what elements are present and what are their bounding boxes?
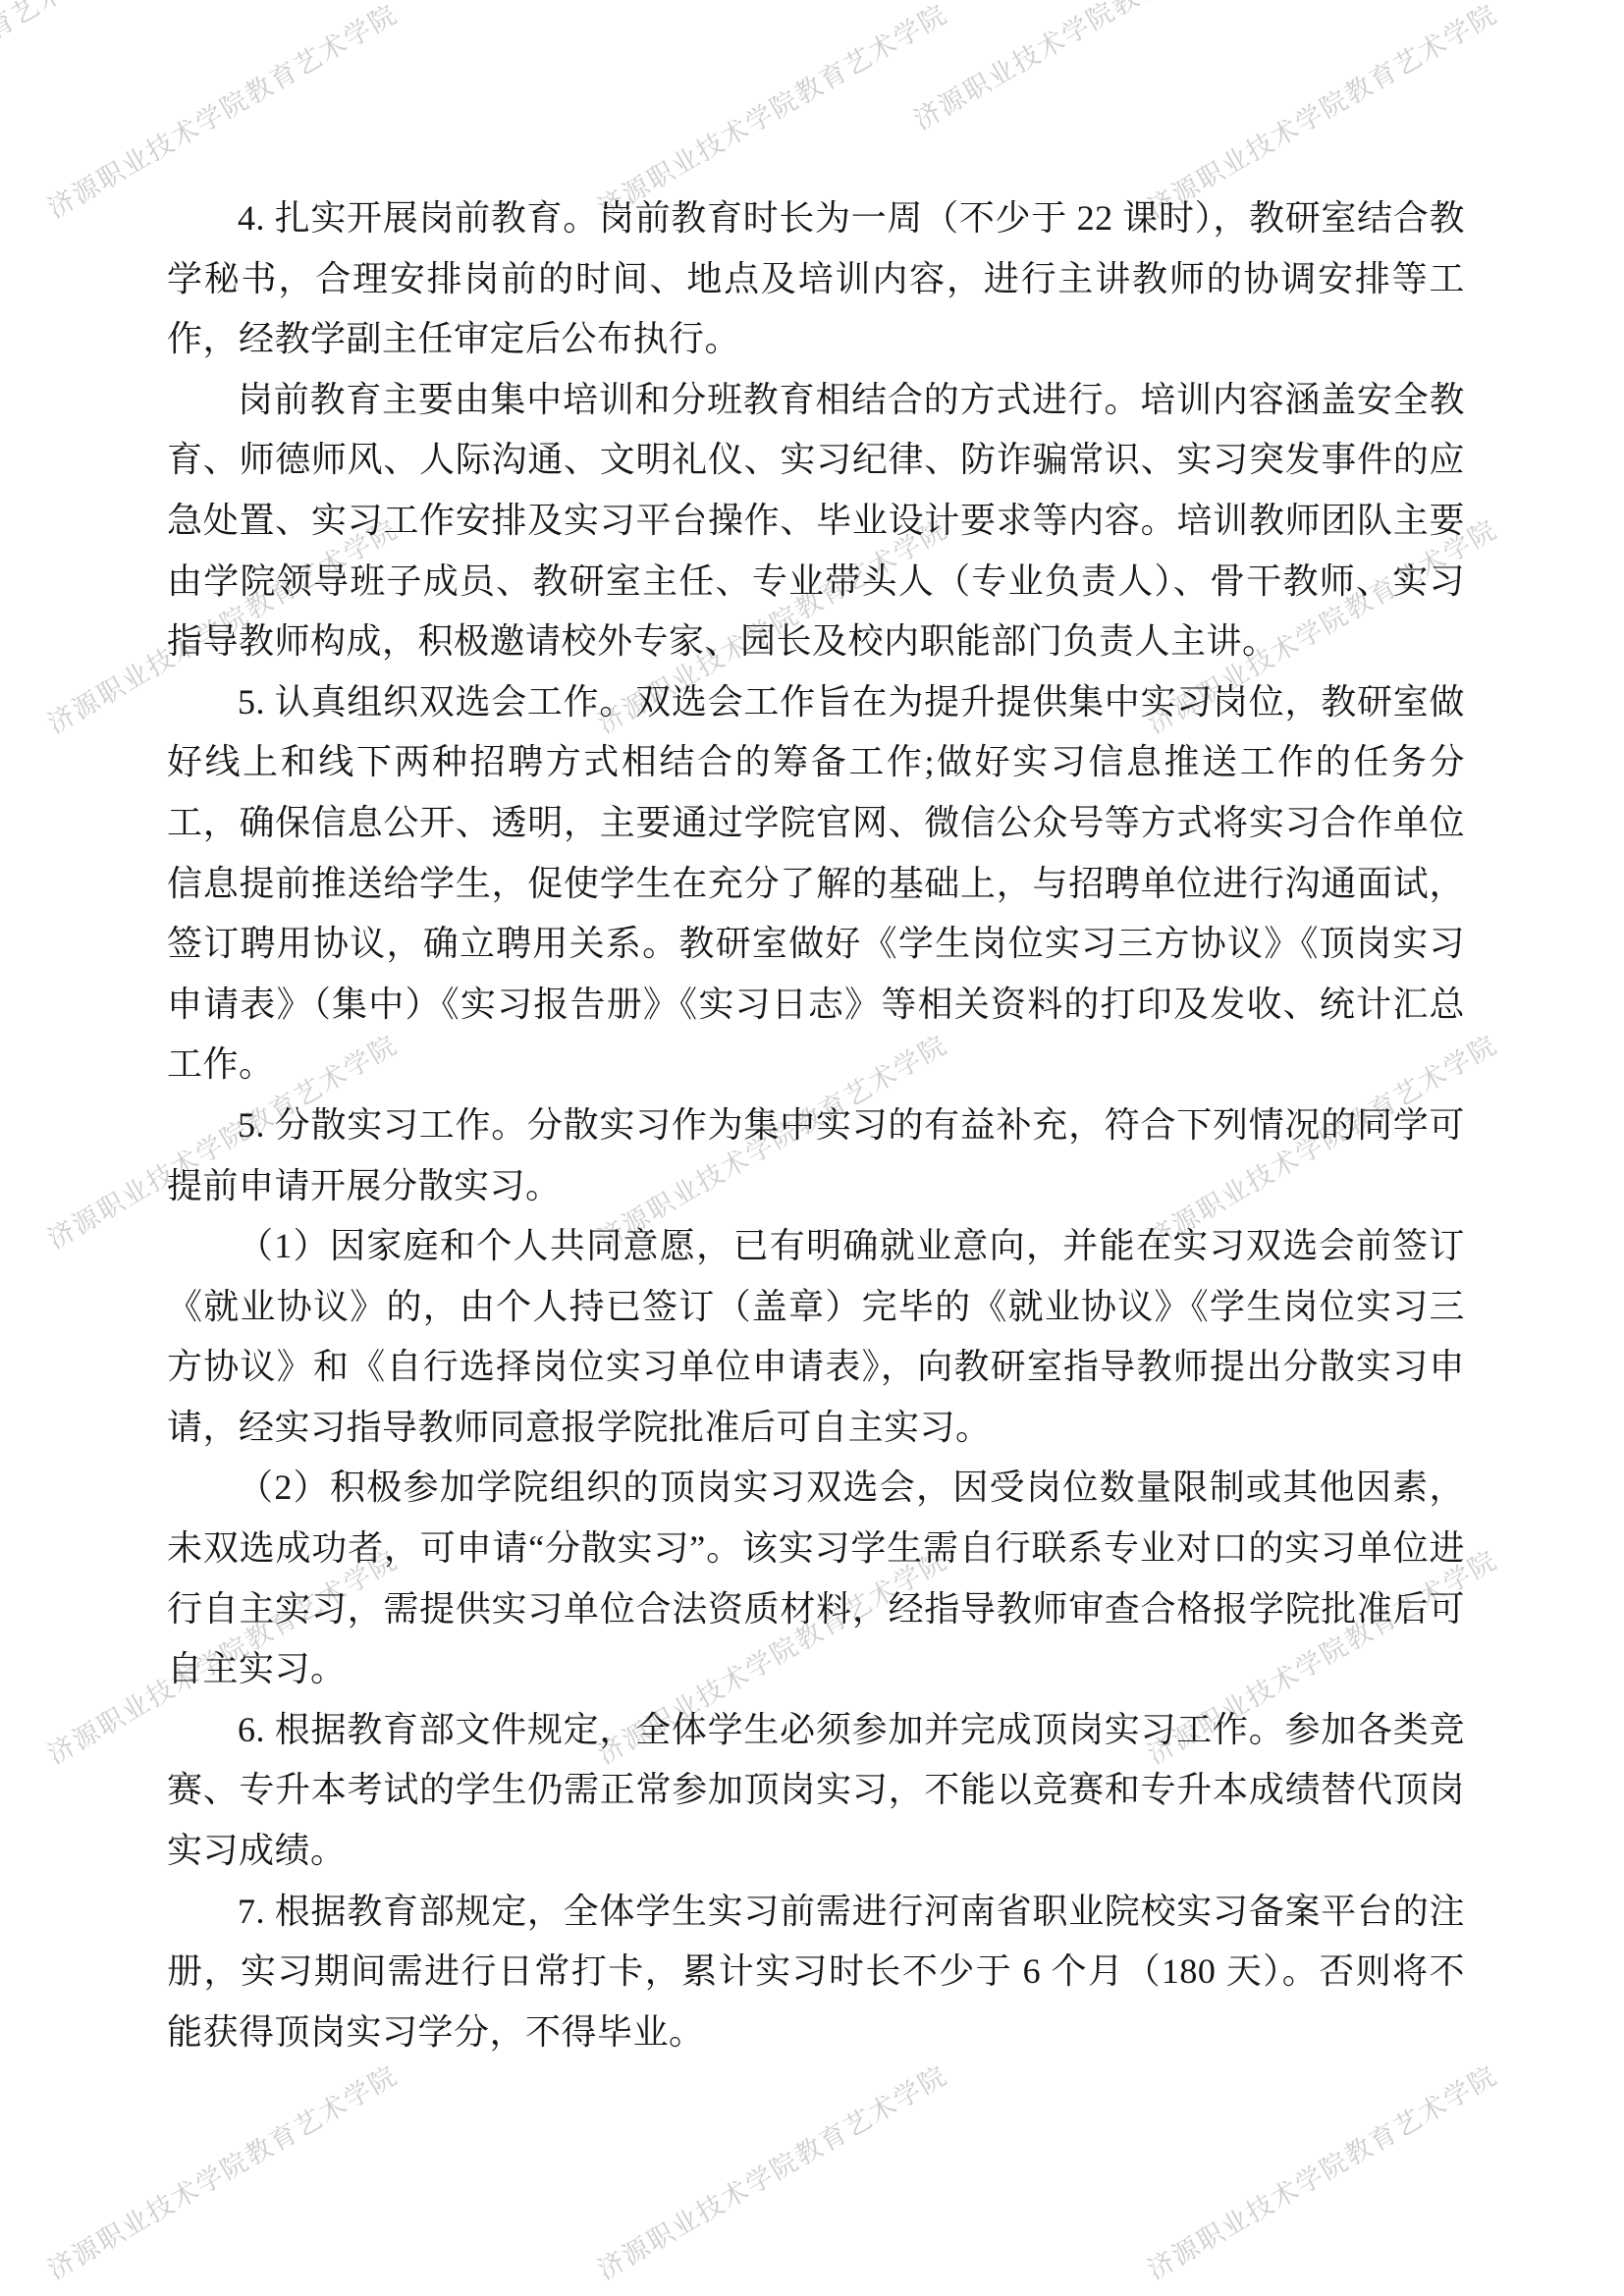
watermark-text: 济源职业技术学院教育艺术学院 — [1144, 2062, 1502, 2284]
document-page: 济源职业技术学院教育艺术学院济源职业技术学院教育艺术学院济源职业技术学院教育艺术… — [0, 0, 1624, 2296]
paragraph-4: 5. 分散实习工作。分散实习作为集中实习的有益补充，符合下列情况的同学可提前申请… — [167, 1095, 1465, 1216]
watermark-text: 济源职业技术学院教育艺术学院 — [0, 0, 120, 172]
paragraph-8: 7. 根据教育部规定，全体学生实习前需进行河南省职业院校实习备案平台的注册，实习… — [167, 1882, 1465, 2063]
paragraph-6: （2）积极参加学院组织的顶岗实习双选会，因受岗位数量限制或其他因素，未双选成功者… — [167, 1458, 1465, 1699]
paragraph-7: 6. 根据教育部文件规定，全体学生必须参加并完成顶岗实习工作。参加各类竞赛、专升… — [167, 1700, 1465, 1882]
paragraph-1: 4. 扎实开展岗前教育。岗前教育时长为一周（不少于 22 课时），教研室结合教学… — [167, 188, 1465, 370]
paragraph-5: （1）因家庭和个人共同意愿，已有明确就业意向，并能在实习双选会前签订《就业协议》… — [167, 1216, 1465, 1458]
watermark-text: 济源职业技术学院教育艺术学院 — [594, 2062, 952, 2284]
watermark-text: 济源职业技术学院教育艺术学院 — [910, 0, 1269, 134]
document-content: 4. 扎实开展岗前教育。岗前教育时长为一周（不少于 22 课时），教研室结合教学… — [167, 188, 1465, 2062]
watermark-text: 济源职业技术学院教育艺术学院 — [44, 2062, 403, 2284]
paragraph-3: 5. 认真组织双选会工作。双选会工作旨在为提升提供集中实习岗位，教研室做好线上和… — [167, 672, 1465, 1095]
paragraph-2: 岗前教育主要由集中培训和分班教育相结合的方式进行。培训内容涵盖安全教育、师德师风… — [167, 370, 1465, 672]
